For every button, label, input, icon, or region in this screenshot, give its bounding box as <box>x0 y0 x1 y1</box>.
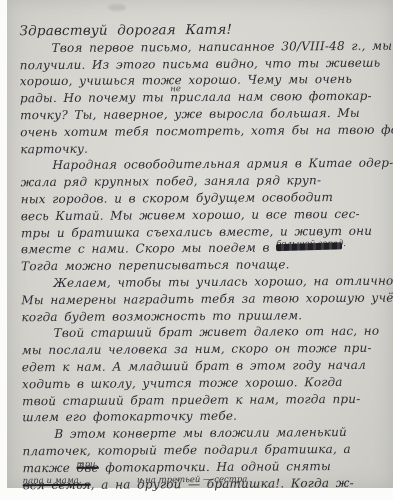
letter-text: фотокарточки. На одной сняты <box>99 459 331 475</box>
letter-text: вместе с нами. Скоро мы поедем в <box>21 241 276 257</box>
letter-text: хорошо, учишься тоже хорошо. Чему мы оче… <box>20 72 352 88</box>
letter-text: очень хотим тебя посмотреть, хотя бы на … <box>20 122 393 139</box>
correction-stack: папа и мама,вся семья <box>23 476 91 493</box>
letter-text: платочек, который тебе подарил братишка,… <box>22 442 351 458</box>
letter-scan: Здравствуй дорогая Катя!Твоя первое пись… <box>0 0 393 500</box>
letter-text: когда будет возможность то пришлем. <box>21 308 302 324</box>
scribble-redaction <box>276 243 342 252</box>
inserted-correction: и на третьей — сестра <box>137 476 247 486</box>
letter-text: едет к нам. А младший брат в этом году н… <box>22 358 366 374</box>
letter-text: весь Китай. Мы живем хорошо, и все твои … <box>21 207 360 223</box>
letter-text: В этом конверте мы вложили маленький <box>54 425 347 441</box>
letter-line: Народная освободительная армия в Китае о… <box>20 155 388 174</box>
letter-line: Мы намерены наградить тебя за твою хорош… <box>21 289 389 308</box>
letter-body: Здравствуй дорогая Катя!Твоя первое пись… <box>5 0 393 489</box>
letter-line: папа и мама,вся семья, а на и на третьей… <box>23 474 391 493</box>
correction-stack: тридве <box>76 459 98 476</box>
letter-text: мы послали человека за ним, скоро он тож… <box>22 341 372 357</box>
letter-line: очень хотим тебя посмотреть, хотя бы на … <box>20 121 388 140</box>
correction-stack: и на третьей — сестрадругой — <box>137 476 200 493</box>
letter-text: шлем его фотокарточку тебе. <box>22 409 237 425</box>
letter-text: рады. Но почему ты <box>20 90 170 105</box>
letter-text: также <box>23 461 77 475</box>
letter-text: Тогда можно переписываться почаще. <box>21 258 290 274</box>
letter-text: Здравствуй дорогая Катя! <box>19 22 232 39</box>
letter-line: весь Китай. Мы живем хорошо, и все твои … <box>21 205 389 224</box>
letter-lines: Здравствуй дорогая Катя!Твоя первое пись… <box>19 21 390 494</box>
letter-text: твой старший брат приедет к нам, тогда п… <box>22 391 360 407</box>
inserted-correction: папа и мама, <box>23 477 82 486</box>
letter-text: , а на <box>91 477 137 491</box>
inserted-correction: не <box>170 85 181 94</box>
letter-text: ных городов. и в скором будущем освободи… <box>21 190 333 206</box>
letter-text: ходить в школу, учится тоже хорошо. Когд… <box>22 375 343 391</box>
letter-line: твой старший брат приедет к нам, тогда п… <box>22 390 390 409</box>
letter-line: платочек, который тебе подарил братишка,… <box>22 441 390 460</box>
letter-text: точку? Ты, наверное, уже выросла большая… <box>20 106 360 122</box>
correction-stack: большой город. <box>276 239 342 256</box>
letter-text: карточку. <box>20 141 88 155</box>
letter-text: Желаем, чтобы ты училась хорошо, на отли… <box>53 274 393 290</box>
letter-line: вместе с нами. Скоро мы поедем в большой… <box>21 239 389 258</box>
letter-text: тры и братишка съехались вместе, и живут… <box>21 223 372 239</box>
letter-text: Твой старший брат живет далеко от нас, н… <box>54 324 380 340</box>
letter-text: прислала нам свою фотокар- <box>170 89 371 104</box>
letter-line: ходить в школу, учится тоже хорошо. Когд… <box>22 373 390 392</box>
letter-text: жала ряд крупных побед, заняла ряд круп- <box>21 173 322 189</box>
letter-text: получили. Из этого письма видно, что ты … <box>20 55 381 72</box>
letter-text: Народная освободительная армия в Китае о… <box>52 156 393 172</box>
inserted-correction: три <box>76 460 95 469</box>
letter-text: Твоя первое письмо, написанное 30/VIII-4… <box>52 38 393 54</box>
letter-text: Мы намерены наградить тебя за твою хорош… <box>21 290 393 307</box>
letter-line: Твоя первое письмо, написанное 30/VIII-4… <box>20 37 388 56</box>
